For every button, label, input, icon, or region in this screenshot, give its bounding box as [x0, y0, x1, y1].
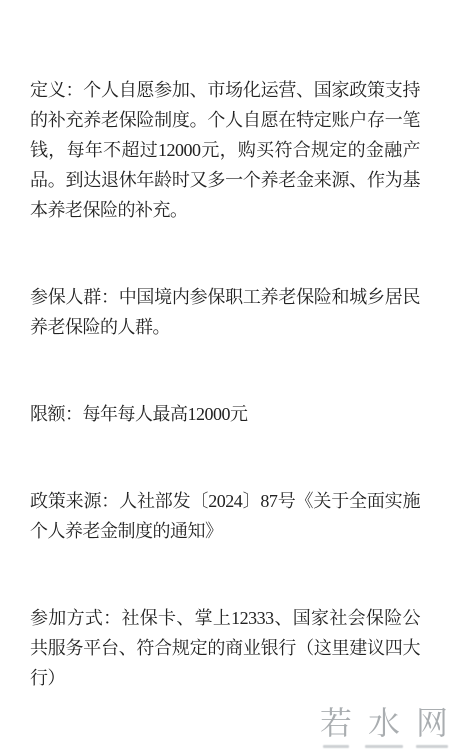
- paragraph-policy-source: 政策来源：人社部发〔2024〕87号《关于全面实施个人养老金制度的通知》: [30, 486, 420, 546]
- watermark-char-ruo: 若: [320, 706, 352, 740]
- paragraph-eligible-group: 参保人群：中国境内参保职工养老保险和城乡居民养老保险的人群。: [30, 282, 420, 342]
- watermark-subtext: [323, 745, 349, 748]
- paragraph-definition: 定义：个人自愿参加、市场化运营、国家政策支持的补充养老保险制度。个人自愿在特定账…: [30, 75, 420, 225]
- watermark-char-wang: 网: [416, 706, 448, 740]
- watermark-column: 网: [416, 706, 448, 748]
- paragraph-participation: 参加方式：社保卡、掌上12333、国家社会保险公共服务平台、符合规定的商业银行（…: [30, 603, 420, 693]
- watermark-column: 若: [320, 706, 352, 748]
- site-watermark: 若 水 网: [320, 706, 448, 748]
- watermark-subtext: [416, 745, 448, 748]
- paragraph-limit: 限额：每年每人最高12000元: [30, 399, 420, 429]
- watermark-char-shui: 水: [368, 706, 400, 740]
- watermark-subtext: [365, 745, 403, 748]
- watermark-column: 水: [365, 706, 403, 748]
- document-page: 定义：个人自愿参加、市场化运营、国家政策支持的补充养老保险制度。个人自愿在特定账…: [0, 0, 450, 750]
- article-body: 定义：个人自愿参加、市场化运营、国家政策支持的补充养老保险制度。个人自愿在特定账…: [30, 75, 420, 750]
